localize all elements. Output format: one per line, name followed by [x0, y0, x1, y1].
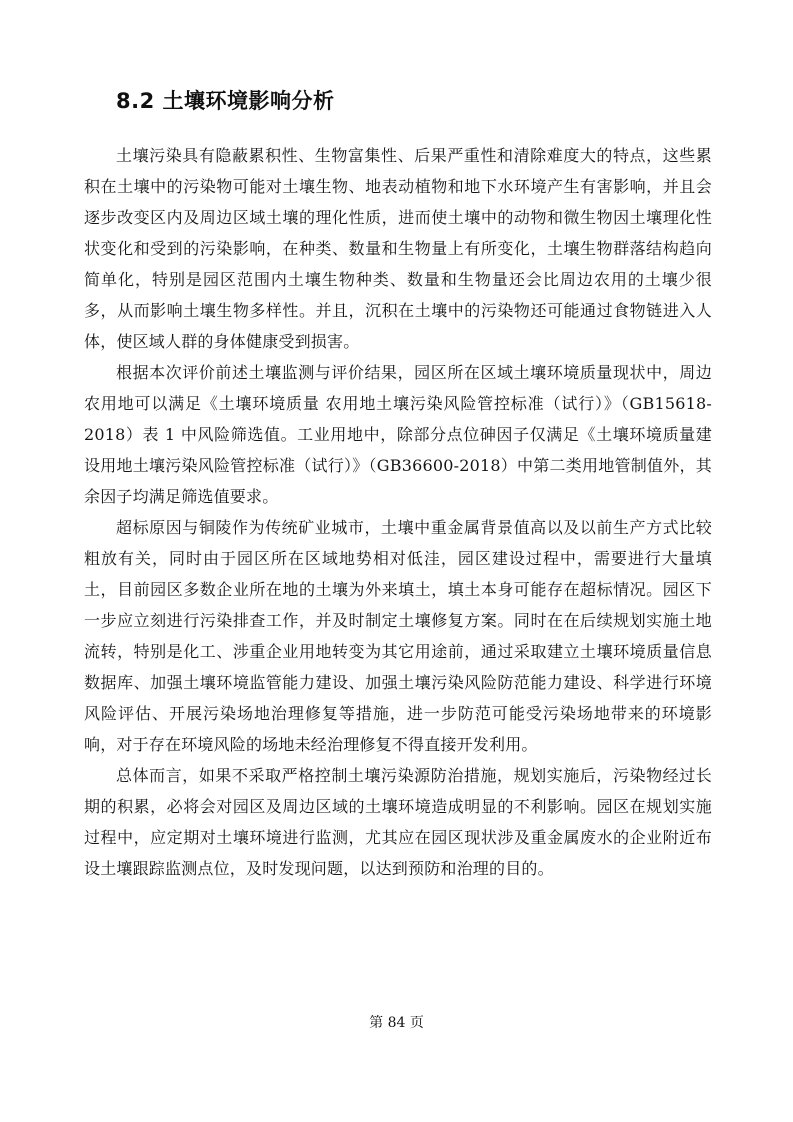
body-paragraph: 超标原因与铜陵作为传统矿业城市，土壤中重金属背景值高以及以前生产方式比较粗放有关… — [84, 512, 712, 760]
body-paragraph: 根据本次评价前述土壤监测与评价结果，园区所在区域土壤环境质量现状中，周边农用地可… — [84, 357, 712, 512]
page-number: 第 84 页 — [0, 1012, 793, 1034]
section-heading: 8.2 土壤环境影响分析 — [116, 86, 712, 116]
page-content: 8.2 土壤环境影响分析 土壤污染具有隐蔽累积性、生物富集性、后果严重性和清除难… — [84, 86, 712, 884]
document-page: 8.2 土壤环境影响分析 土壤污染具有隐蔽累积性、生物富集性、后果严重性和清除难… — [0, 0, 793, 1122]
body-paragraph: 总体而言，如果不采取严格控制土壤污染源防治措施，规划实施后，污染物经过长期的积累… — [84, 760, 712, 884]
body-paragraph: 土壤污染具有隐蔽累积性、生物富集性、后果严重性和清除难度大的特点，这些累积在土壤… — [84, 140, 712, 357]
